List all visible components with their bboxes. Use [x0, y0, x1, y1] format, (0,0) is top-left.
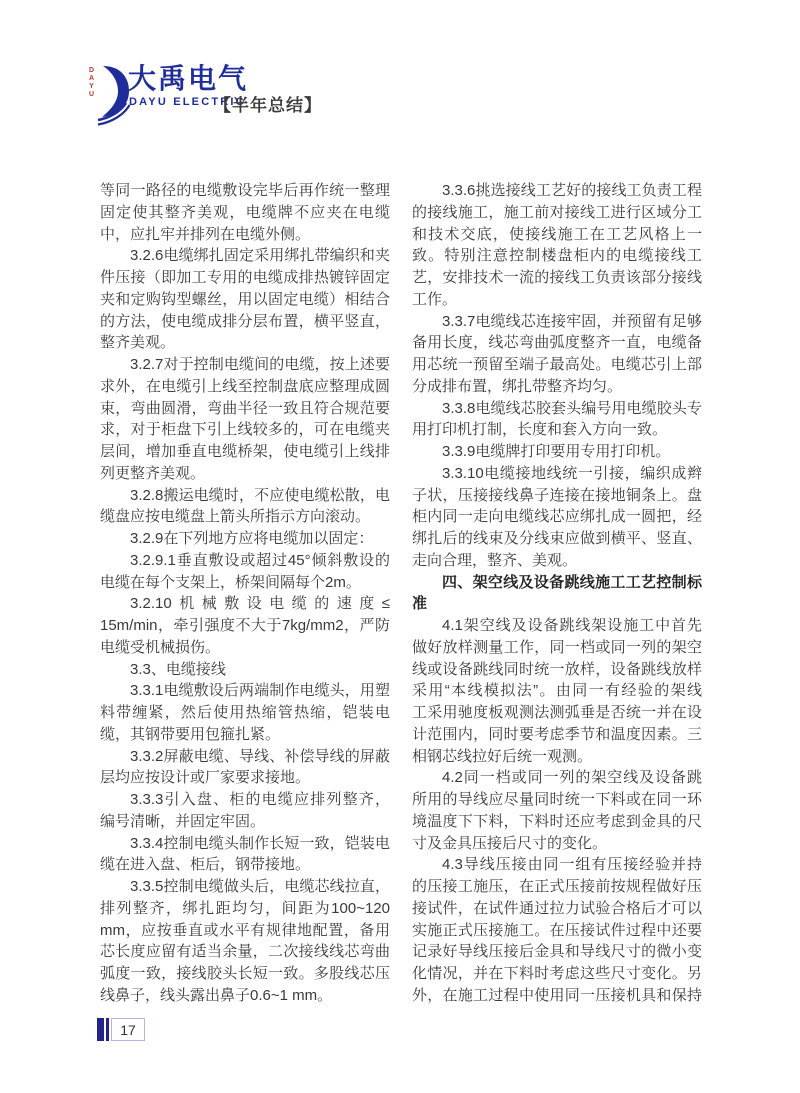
- text-line: 工采用驰度板观测法测弧垂是否统一并在设: [412, 702, 702, 724]
- footer-accent-bar-thick: [97, 1018, 104, 1041]
- text-line: 编号清晰，并固定牢固。: [100, 811, 390, 833]
- text-line: 缆，其钢带要用包箍扎紧。: [100, 724, 390, 746]
- logo-company-name-cn: 大禹电气: [128, 64, 248, 94]
- text-line: 中，应扎牢并排列在电缆外侧。: [100, 224, 390, 246]
- text-line: 3.2.6电缆绑扎固定采用绑扎带编织和夹: [100, 245, 390, 267]
- text-line: 3.3.3引入盘、柜的电缆应排列整齐，: [100, 789, 390, 811]
- text-line: 采用“本线模拟法”。由同一有经验的架线: [412, 680, 702, 702]
- text-line: 求外，在电缆引上线至控制盘底应整理成圆: [100, 376, 390, 398]
- text-line: 求，对于柜盘下引上线较多的，可在电缆夹: [100, 419, 390, 441]
- text-line: 固定使其整齐美观，电缆牌不应夹在电缆: [100, 202, 390, 224]
- text-line: 整齐美观。: [100, 332, 390, 354]
- text-line: 3.2.7对于控制电缆间的电缆，按上述要: [100, 354, 390, 376]
- text-line: 3.3.9电缆牌打印要用专用打印机。: [412, 441, 702, 463]
- page-number: 17: [120, 1022, 136, 1038]
- left-text-column: 等同一路径的电缆敷设完毕后再作统一整理固定使其整齐美观，电缆牌不应夹在电缆中，应…: [100, 180, 390, 1007]
- text-line: 用打印机打制，长度和套入方向一致。: [412, 419, 702, 441]
- text-line: 3.3.2屏蔽电缆、导线、补偿导线的屏蔽: [100, 746, 390, 768]
- text-line: 走向合理，整齐、美观。: [412, 550, 702, 572]
- text-line: 相钢芯线拉好后统一观测。: [412, 746, 702, 768]
- text-line: 子状，压接接线鼻子连接在接地铜条上。盘: [412, 485, 702, 507]
- text-line: 绑扎后的线束及分线束应做到横平、竖直、: [412, 528, 702, 550]
- text-line: 3.2.9在下列地方应将电缆加以固定：: [100, 528, 390, 550]
- text-line: 计范围内，同时要考虑季节和温度因素。三: [412, 724, 702, 746]
- text-line: 寸及金具压接后尺寸的变化。: [412, 833, 702, 855]
- text-line: 准: [412, 593, 702, 615]
- text-line: 料带缠紧，然后使用热缩管热缩，铠装电: [100, 702, 390, 724]
- text-line: 柜内同一走向电缆线芯应绑扎成一圆把，经: [412, 506, 702, 528]
- text-line: 4.3导线压接由同一组有压接经验并持证: [412, 854, 702, 876]
- text-line: 3.3.1电缆敷设后两端制作电缆头，用塑: [100, 680, 390, 702]
- text-line: 3.3.5控制电缆做头后，电缆芯线拉直，: [100, 876, 390, 898]
- text-line: 缆在进入盘、柜后，钢带接地。: [100, 854, 390, 876]
- text-line: 排列整齐，绑扎距均匀，间距为100~120: [100, 898, 390, 920]
- text-line: 境温度下下料，下料时还应考虑到金具的尺: [412, 811, 702, 833]
- text-line: 电缆受机械损伤。: [100, 637, 390, 659]
- text-line: 束，弯曲圆滑，弯曲半径一致且符合规范要: [100, 398, 390, 420]
- text-line: 3.2.9.1垂直敷设或超过45°倾斜敷设的: [100, 550, 390, 572]
- text-line: 层均应按设计或厂家要求接地。: [100, 767, 390, 789]
- text-line: 工作。: [412, 289, 702, 311]
- footer-accent-bar-thin: [106, 1018, 109, 1041]
- text-line: mm，应按垂直或水平有规律地配置，备用: [100, 920, 390, 942]
- text-line: 3.3.6挑选接线工艺好的接线工负责工程: [412, 180, 702, 202]
- text-line: 3.3.8电缆线芯胶套头编号用电缆胶头专: [412, 398, 702, 420]
- page-number-box: 17: [111, 1018, 145, 1041]
- text-line: 外，在施工过程中使用同一压接机具和保持: [412, 985, 702, 1007]
- text-line: 电缆在每个支架上，桥架间隔每个2m。: [100, 572, 390, 594]
- text-line: 3.3.7电缆线芯连接牢固，并预留有足够: [412, 311, 702, 333]
- text-line: 4.1架空线及设备跳线架设施工中首先要: [412, 615, 702, 637]
- text-line: 的压接工施压，在正式压接前按规程做好压: [412, 876, 702, 898]
- text-line: 夹和定购钩型螺丝，用以固定电缆）相结合: [100, 289, 390, 311]
- text-line: 所用的导线应尽量同时统一下料或在同一环: [412, 789, 702, 811]
- logo-vertical-letters: DAYU: [88, 67, 95, 99]
- text-line: 线鼻子，线头露出鼻子0.6~1 mm。: [100, 985, 390, 1007]
- text-line: 用芯统一预留至端子最高处。电缆芯引上部: [412, 354, 702, 376]
- text-line: 3.3.10电缆接地线统一引接，编织成辫: [412, 463, 702, 485]
- text-line: 层间，增加垂直电缆桥架，使电缆引上线排: [100, 441, 390, 463]
- right-text-column: 3.3.6挑选接线工艺好的接线工负责工程的接线施工，施工前对接线工进行区域分工和…: [412, 180, 702, 1007]
- text-line: 缆盘应按电缆盘上箭头所指示方向滚动。: [100, 506, 390, 528]
- text-line: 的接线施工，施工前对接线工进行区域分工: [412, 202, 702, 224]
- text-line: 15m/min，牵引强度不大于7kg/mm2，严防: [100, 615, 390, 637]
- text-line: 等同一路径的电缆敷设完毕后再作统一整理: [100, 180, 390, 202]
- text-line: 致。特别注意控制楼盘柜内的电缆接线工: [412, 245, 702, 267]
- text-line: 弧度一致，接线胶头长短一致。多股线芯压: [100, 963, 390, 985]
- text-line: 和技术交底，使接线施工在工艺风格上一: [412, 224, 702, 246]
- text-line: 的方法，使电缆成排分层布置，横平竖直，: [100, 311, 390, 333]
- text-line: 接试件，在试件通过拉力试验合格后才可以: [412, 898, 702, 920]
- text-line: 做好放样测量工作，同一档或同一列的架空: [412, 637, 702, 659]
- text-line: 记录好导线压接后金具和导线尺寸的微小变: [412, 941, 702, 963]
- text-line: 件压接（即加工专用的电缆成排热镀锌固定: [100, 267, 390, 289]
- text-line: 3.3.4控制电缆头制作长短一致，铠装电: [100, 833, 390, 855]
- text-line: 备用长度，线芯弯曲弧度整齐一直，电缆备: [412, 332, 702, 354]
- text-line: 3.2.8搬运电缆时，不应使电缆松散，电: [100, 485, 390, 507]
- text-line: 芯长度应留有适当余量，二次接线线芯弯曲: [100, 941, 390, 963]
- text-line: 4.2同一档或同一列的架空线及设备跳线: [412, 767, 702, 789]
- text-line: 列更整齐美观。: [100, 463, 390, 485]
- text-line: 线或设备跳线同时统一放样，设备跳线放样: [412, 659, 702, 681]
- header-tagline: 【半年总结】: [214, 91, 322, 116]
- text-line: 四、架空线及设备跳线施工工艺控制标: [412, 572, 702, 594]
- text-line: 分成排布置，绑扎带整齐均匀。: [412, 376, 702, 398]
- text-line: 3.2.10机械敷设电缆的速度≤: [100, 593, 390, 615]
- text-line: 实施正式压接施工。在压接试件过程中还要: [412, 920, 702, 942]
- text-line: 化情况，并在下料时考虑这些尺寸变化。另: [412, 963, 702, 985]
- text-line: 艺，安排技术一流的接线工负责该部分接线: [412, 267, 702, 289]
- text-line: 3.3、电缆接线: [100, 659, 390, 681]
